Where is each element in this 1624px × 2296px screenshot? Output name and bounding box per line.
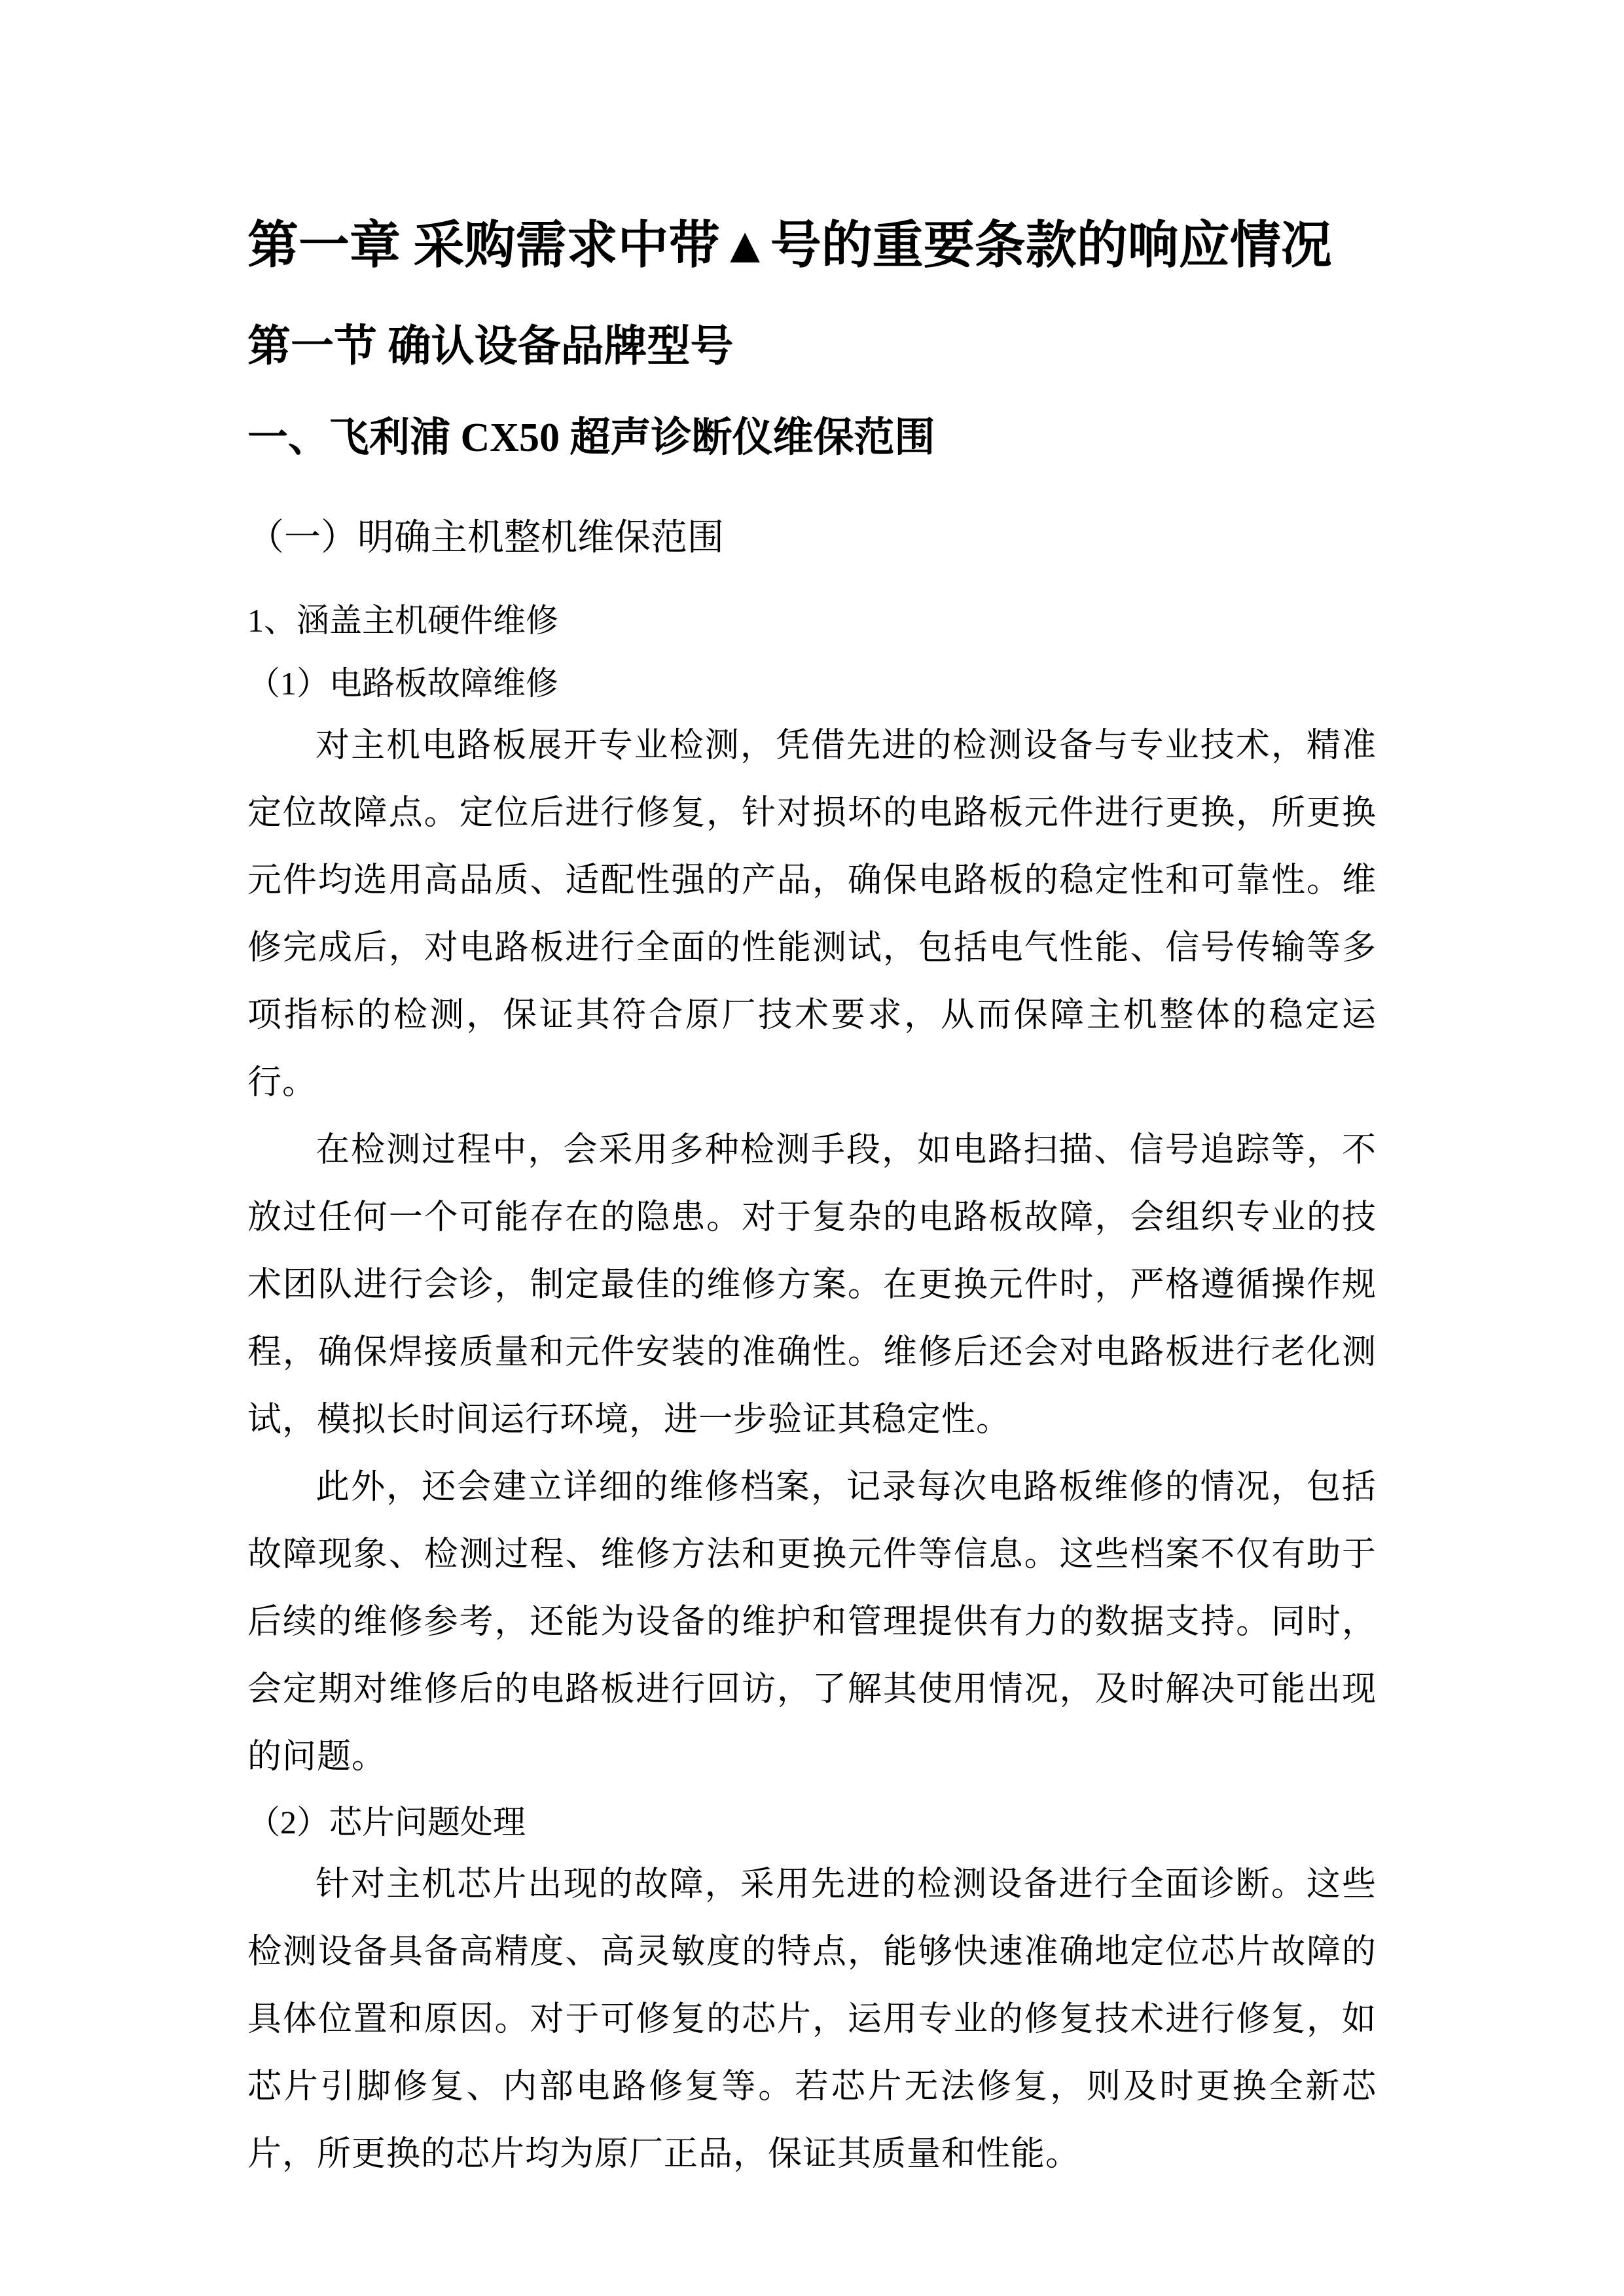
chapter-title: 第一章 采购需求中带▲号的重要条款的响应情况	[247, 216, 1377, 275]
heading-level3: 1、涵盖主机硬件维修	[247, 601, 1377, 640]
subsection-2-heading: （2）芯片问题处理	[247, 1803, 1377, 1842]
heading-level1: 一、飞利浦 CX50 超声诊断仪维保范围	[247, 415, 1377, 461]
subsection-1-paragraph-2: 在检测过程中，会采用多种检测手段，如电路扫描、信号追踪等，不放过任何一个可能存在…	[247, 1117, 1377, 1454]
subsection-1-heading: （1）电路板故障维修	[247, 664, 1377, 703]
document-page: 第一章 采购需求中带▲号的重要条款的响应情况 第一节 确认设备品牌型号 一、飞利…	[0, 0, 1624, 2296]
document-content: 第一章 采购需求中带▲号的重要条款的响应情况 第一节 确认设备品牌型号 一、飞利…	[0, 0, 1624, 2188]
subsection-1-paragraph-1: 对主机电路板展开专业检测，凭借先进的检测设备与专业技术，精准定位故障点。定位后进…	[247, 712, 1377, 1117]
heading-level2: （一）明确主机整机维保范围	[247, 516, 1377, 560]
subsection-1-paragraph-3: 此外，还会建立详细的维修档案，记录每次电路板维修的情况，包括故障现象、检测过程、…	[247, 1454, 1377, 1791]
section-title: 第一节 确认设备品牌型号	[247, 322, 1377, 372]
subsection-2-paragraph-1: 针对主机芯片出现的故障，采用先进的检测设备进行全面诊断。这些检测设备具备高精度、…	[247, 1851, 1377, 2188]
